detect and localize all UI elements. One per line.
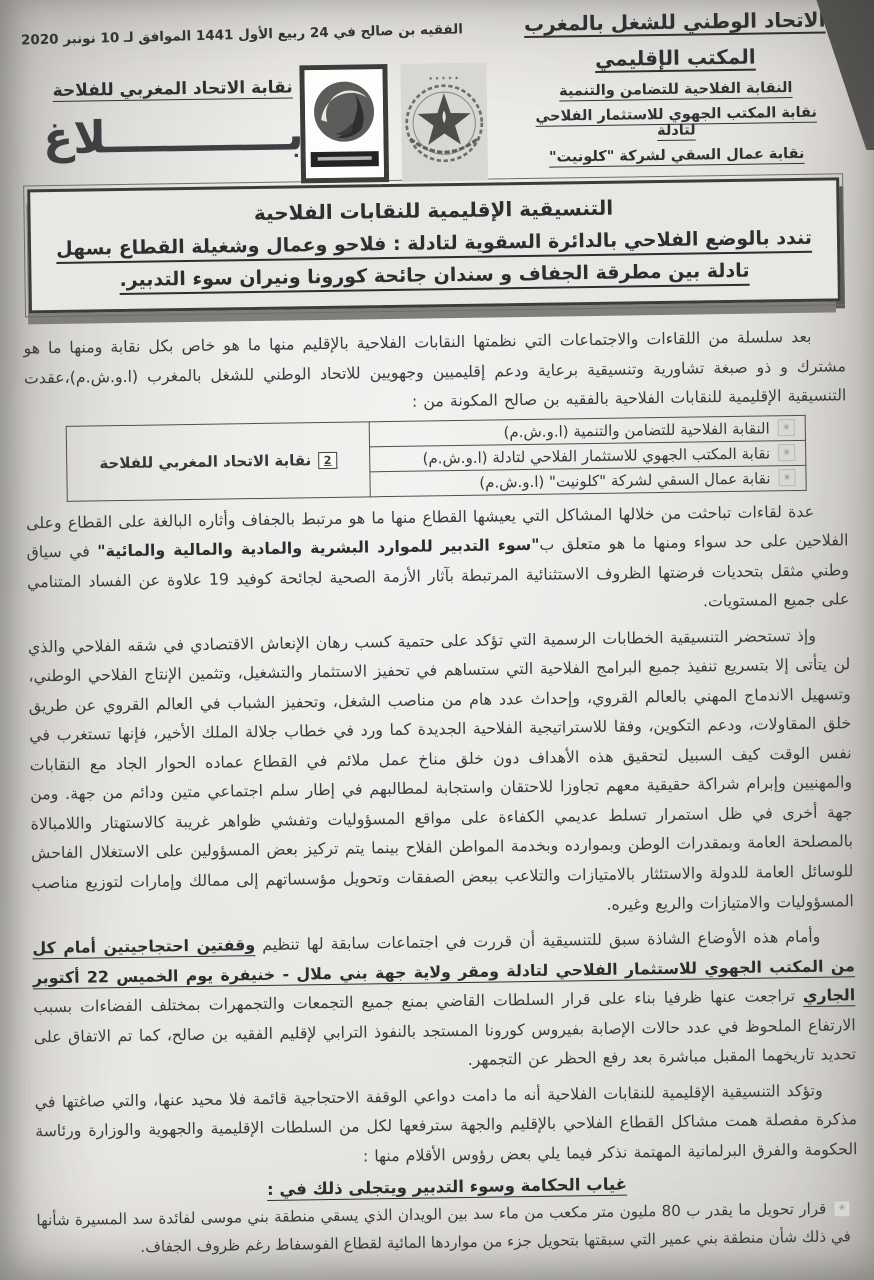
paragraph-official-speeches: وإذ تستحضر التنسيقية الخطابات الرسمية ال… bbox=[28, 620, 854, 927]
star-bullet-icon: ✳ bbox=[778, 419, 795, 436]
table-cell-merged-union: 2نقابة الاتحاد المغربي للفلاحة bbox=[66, 421, 370, 500]
paragraph-intro: بعد سلسلة من اللقاءات والاجتماعات التي ن… bbox=[23, 321, 846, 422]
star-wreath-emblem-icon: ٭ ٭ ٭ ٭ ٭ bbox=[400, 63, 488, 182]
unions-table: ✳النقابة الفلاحية للتضامن والتنمية (ا.و.… bbox=[66, 414, 807, 501]
title-line-2: تندد بالوضع الفلاحي بالدائرة السقوية لتا… bbox=[47, 227, 821, 260]
union-3-label: نقابة عمال السقي لشركة "كلونيت" (ا.و.ش.م… bbox=[479, 469, 770, 491]
org-name-investment-office-union: نقابة المكتب الجهوي للاستثمار الفلاحي لت… bbox=[516, 104, 836, 141]
paragraph-memo: وتؤكد التنسيقية الإقليمية للنقابات الفلا… bbox=[34, 1075, 857, 1176]
title-line-3: تادلة بين مطرقة الجفاف و سندان جائحة كور… bbox=[47, 259, 821, 292]
merged-union-label: نقابة الاتحاد المغربي للفلاحة bbox=[99, 451, 311, 472]
p4-pre: وأمام هذه الأوضاع الشاذة سبق للتنسيقية أ… bbox=[255, 927, 820, 954]
p4-post: تراجعت عنها ظرفيا بناء على قرار السلطات … bbox=[33, 986, 856, 1069]
svg-text:٭ ٭ ٭ ٭ ٭: ٭ ٭ ٭ ٭ ٭ bbox=[429, 73, 459, 82]
left-header-block: نقابة الاتحاد المغربي للفلاحة بـــــــــ… bbox=[38, 77, 309, 163]
star-bullet-icon: ✳ bbox=[833, 1201, 850, 1218]
org-name-irrigation-workers-union: نقابة عمال السقي لشركة "كلونيت" bbox=[517, 145, 837, 166]
logos-row: ٭ ٭ ٭ ٭ ٭ bbox=[299, 63, 488, 184]
org-name-moroccan-agriculture-union: نقابة الاتحاد المغربي للفلاحة bbox=[38, 77, 308, 101]
document-header: الفقيه بن صالح في 24 ربيع الأول 1441 الم… bbox=[19, 7, 843, 187]
table-cell-union-3: ✳نقابة عمال السقي لشركة "كلونيت" (ا.و.ش.… bbox=[370, 465, 806, 496]
scanned-document-photo: الفقيه بن صالح في 24 ربيع الأول 1441 الم… bbox=[0, 0, 874, 1280]
box-2-bullet-icon: 2 bbox=[318, 451, 337, 468]
org-name-solidarity-union: النقابة الفلاحية للتضامن والتنمية bbox=[516, 79, 836, 100]
list-item-water-transfer: ✳قرار تحويل ما يقدر ب 80 مليون متر مكعب … bbox=[36, 1194, 857, 1262]
p3-text: وإذ تستحضر التنسيقية الخطابات الرسمية ال… bbox=[28, 625, 854, 913]
union-1-label: النقابة الفلاحية للتضامن والتنمية (ا.و.ش… bbox=[503, 419, 769, 441]
org-name-regional-office: المكتب الإقليمي bbox=[515, 43, 835, 72]
org-name-national-union: الاتحاد الوطني للشغل بالمغرب bbox=[515, 7, 835, 36]
p2-bold-quote: "سوء التدبير للموارد البشرية والمادية وا… bbox=[97, 535, 539, 561]
bullet-item-text: قرار تحويل ما يقدر ب 80 مليون متر مكعب م… bbox=[36, 1200, 851, 1256]
paragraph-protest-decision: وأمام هذه الأوضاع الشاذة سبق للتنسيقية أ… bbox=[32, 921, 856, 1081]
document-page: الفقيه بن صالح في 24 ربيع الأول 1441 الم… bbox=[0, 0, 874, 1280]
p5-text: وتؤكد التنسيقية الإقليمية للنقابات الفلا… bbox=[35, 1080, 858, 1165]
communique-title-box: التنسيقية الإقليمية للنقابات الفلاحية تن… bbox=[27, 177, 841, 313]
communique-word: بــــــــــــلاغ bbox=[38, 111, 309, 163]
star-bullet-icon: ✳ bbox=[778, 444, 795, 461]
paragraph-problems: عدة لقاءات تباحثت من خلالها المشاكل التي… bbox=[26, 496, 850, 626]
star-bullet-icon: ✳ bbox=[778, 469, 795, 486]
issuing-bodies-list: الاتحاد الوطني للشغل بالمغرب المكتب الإق… bbox=[515, 7, 837, 175]
umt-bird-emblem-icon bbox=[299, 64, 389, 183]
paragraph-intro-text: بعد سلسلة من اللقاءات والاجتماعات التي ن… bbox=[23, 327, 846, 411]
title-line-1: التنسيقية الإقليمية للنقابات الفلاحية bbox=[46, 193, 820, 228]
union-2-label: نقابة المكتب الجهوي للاستثمار الفلاحي لت… bbox=[422, 444, 770, 467]
